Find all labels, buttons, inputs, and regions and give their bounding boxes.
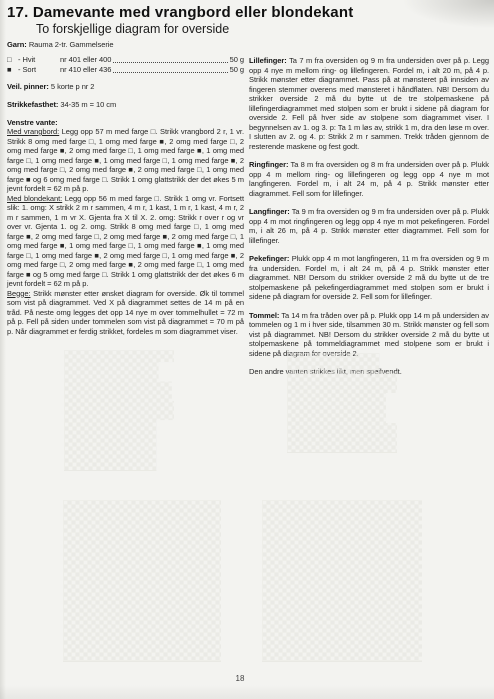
page-subtitle: To forskjellige diagram for overside xyxy=(36,22,229,36)
section-text: Ta 14 m fra tråden over på p. Plukk opp … xyxy=(249,311,489,358)
scan-edge-shadow xyxy=(0,0,6,699)
page-title: 17. Damevante med vrangbord eller blonde… xyxy=(7,4,353,21)
lace-edge-paragraph: Med blondekant: Legg opp 56 m med farge … xyxy=(7,194,244,289)
yarn-weight: 50 g xyxy=(230,65,244,75)
gauge-value: 34-35 m = 10 cm xyxy=(60,100,116,109)
ring-finger-section: Ringfinger: Ta 8 m fra oversiden og 8 m … xyxy=(249,160,489,198)
yarn-color-name: - Sort xyxy=(18,65,60,75)
yarn-number: nr 401 eller 400 xyxy=(60,55,111,65)
section-label: Lillefinger: xyxy=(249,56,287,65)
paragraph-text: Strikk mønster etter ønsket diagram for … xyxy=(7,289,244,336)
paragraph-label: Begge: xyxy=(7,289,30,298)
needles-info-line: Veil. pinner: 5 korte p nr 2 xyxy=(7,82,244,92)
page-number: 18 xyxy=(0,674,480,683)
paragraph-text: Legg opp 57 m med farge □. Strikk vrangb… xyxy=(7,127,244,193)
section-label: Langfinger: xyxy=(249,207,290,216)
dotted-leader xyxy=(113,62,227,63)
dotted-leader xyxy=(113,72,227,73)
paragraph-label: Med vrangbord: xyxy=(7,127,59,136)
yarn-info-line: Garn: Rauma 2-tr. Gammelserie xyxy=(7,40,244,50)
left-column: Garn: Rauma 2-tr. Gammelserie □ - Hvit n… xyxy=(7,40,244,336)
index-finger-section: Pekefinger: Plukk opp 4 m mot langfinger… xyxy=(249,254,489,302)
scanned-pattern-page: 17. Damevante med vrangbord eller blonde… xyxy=(0,0,494,699)
needles-label: Veil. pinner: xyxy=(7,82,49,91)
paragraph-label: Med blondekant: xyxy=(7,194,62,203)
yarn-list: □ - Hvit nr 401 eller 400 50 g ■ - Sort … xyxy=(7,55,244,75)
gauge-info-line: Strikkefasthet: 34-35 m = 10 cm xyxy=(7,100,244,110)
left-mitten-heading: Venstre vante: xyxy=(7,118,244,128)
right-column: Lillefinger: Ta 7 m fra oversiden og 9 m… xyxy=(249,56,489,377)
thumb-section: Tommel: Ta 14 m fra tråden over på p. Pl… xyxy=(249,311,489,359)
yarn-label: Garn: xyxy=(7,40,27,49)
gauge-label: Strikkefasthet: xyxy=(7,100,58,109)
mirror-mitten-note: Den andre vanten strikkes likt, men spei… xyxy=(249,367,489,377)
ghost-diagram-bottom-right xyxy=(262,500,422,662)
ribbed-cuff-paragraph: Med vrangbord: Legg opp 57 m med farge □… xyxy=(7,127,244,194)
section-text: Ta 7 m fra oversiden og 9 m fra undersid… xyxy=(249,56,489,151)
both-versions-paragraph: Begge: Strikk mønster etter ønsket diagr… xyxy=(7,289,244,337)
paragraph-text: Legg opp 56 m med farge □. Strikk 1 omg … xyxy=(7,194,244,289)
yarn-weight: 50 g xyxy=(230,55,244,65)
section-label: Tommel: xyxy=(249,311,279,320)
yarn-row-white: □ - Hvit nr 401 eller 400 50 g xyxy=(7,55,244,65)
yarn-value: Rauma 2-tr. Gammelserie xyxy=(29,40,114,49)
needles-value: 5 korte p nr 2 xyxy=(51,82,95,91)
little-finger-section: Lillefinger: Ta 7 m fra oversiden og 9 m… xyxy=(249,56,489,151)
black-square-symbol: ■ xyxy=(7,65,18,75)
ghost-diagram-bottom-left xyxy=(63,500,221,662)
yarn-color-name: - Hvit xyxy=(18,55,60,65)
section-label: Pekefinger: xyxy=(249,254,289,263)
yarn-row-black: ■ - Sort nr 410 eller 436 50 g xyxy=(7,65,244,75)
ghost-diagram-top-left xyxy=(64,350,174,471)
middle-finger-section: Langfinger: Ta 9 m fra oversiden og 9 m … xyxy=(249,207,489,245)
white-square-symbol: □ xyxy=(7,55,18,65)
scan-corner-shadow xyxy=(404,0,494,28)
yarn-number: nr 410 eller 436 xyxy=(60,65,111,75)
scan-bottom-shadow xyxy=(0,685,494,699)
section-label: Ringfinger: xyxy=(249,160,288,169)
